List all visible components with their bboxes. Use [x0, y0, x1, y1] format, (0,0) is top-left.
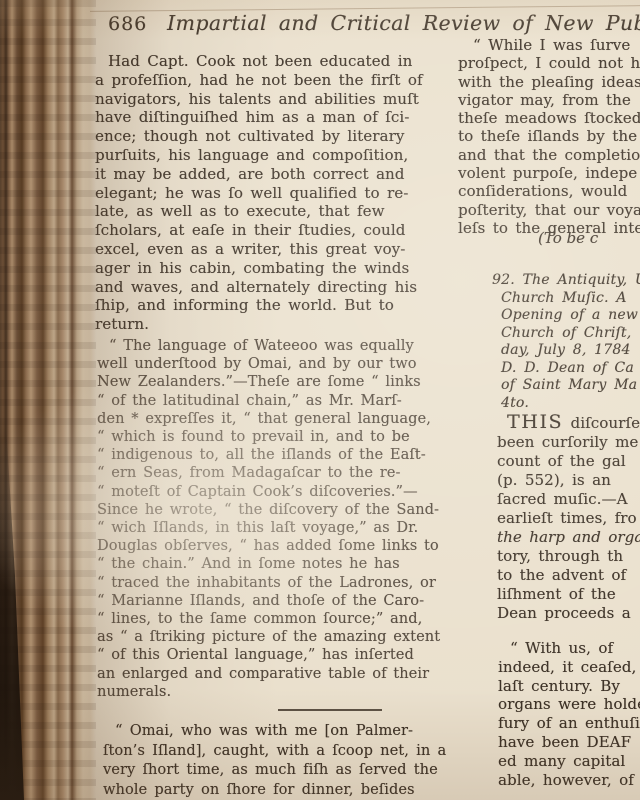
text-line: navigators, his talents and abilities mu…: [95, 90, 423, 109]
text-line: D. D. Dean of Ca: [492, 360, 640, 378]
text-line: of Saint Mary Ma: [492, 377, 640, 395]
text-line: proſpect, I could not h: [458, 54, 640, 72]
text-line: “ Marianne Iſlands, and thoſe of the Car…: [97, 592, 440, 610]
text-line: ſacred muſic.—A: [497, 490, 640, 509]
text-line: indeed, it ceaſed,: [498, 658, 640, 677]
text-line: “ which is found to prevail in, and to b…: [97, 428, 440, 446]
discourse-lines: been curſorily mecount of the gal(p. 552…: [497, 433, 640, 623]
text-line: earlieſt times, fro: [497, 509, 640, 528]
text-line: have been DEAF: [498, 733, 640, 752]
text-line: ence; though not cultivated by literary: [95, 127, 423, 146]
text-line: tory, through th: [497, 547, 640, 566]
discourse-paragraph: THIS diſcourſe been curſorily mecount of…: [497, 413, 640, 623]
right-column-paragraph-survey-quote: “ While I was ſurveproſpect, I could not…: [458, 36, 640, 237]
text-line: it may be added, are both correct and: [95, 165, 423, 184]
text-line: “ The language of Wateeoo was equally: [97, 337, 440, 355]
text-line: THIS diſcourſe: [497, 413, 640, 433]
text-line: Since he wrote, “ the diſcovery of the S…: [97, 501, 440, 519]
text-line: 92. The Antiquity, U: [492, 272, 640, 290]
text-line: and waves, and alternately directing his: [95, 278, 423, 297]
text-line: “ Omai, who was with me [on Palmer-: [103, 722, 446, 742]
text-line: have diſtinguiſhed him as a man of ſci-: [95, 108, 423, 127]
text-line: count of the gal: [497, 452, 640, 471]
text-line: a profeſſion, had he not been the firſt …: [95, 71, 423, 90]
text-line: fury of an enthuſi: [498, 714, 640, 733]
text-line: den * expreſſes it, “ that general langu…: [97, 410, 440, 428]
text-line: with the pleaſing ideas: [458, 73, 640, 91]
text-line: theſe meadows ſtocked: [458, 109, 640, 127]
text-line: “ traced the inhabitants of the Ladrones…: [97, 574, 440, 592]
lead-word-rest: diſcourſe: [563, 414, 640, 432]
right-column-paragraph-with-us-quote: “ With us, ofindeed, it ceaſed,laſt cent…: [498, 639, 640, 789]
text-line: Dean proceeds a: [497, 604, 640, 623]
text-line: very ſhort time, as much fiſh as ſerved …: [103, 761, 446, 781]
text-line: “ of the latitudinal chain,” as Mr. Marſ…: [97, 392, 440, 410]
page-number: 686: [108, 13, 147, 35]
text-line: (p. 552), is an: [497, 471, 640, 490]
book-page-photo: 686 Impartial and Critical Review of New…: [0, 0, 640, 800]
text-line: been curſorily me: [497, 433, 640, 452]
text-line: vigator may, from the: [458, 91, 640, 109]
text-line: ſcholars, at eaſe in their ſtudies, coul…: [95, 221, 423, 240]
text-line: ed many capital: [498, 752, 640, 771]
text-line: Had Capt. Cook not been educated in: [95, 52, 423, 71]
section-divider: [278, 709, 382, 711]
text-line: “ the chain.” And in ſome notes he has: [97, 555, 440, 573]
text-line: New Zealanders.”—Theſe are ſome “ links: [97, 373, 440, 391]
text-line: able, however, of: [498, 771, 640, 790]
text-line: an enlarged and comparative table of the…: [97, 665, 440, 683]
text-line: laſt century. By: [498, 677, 640, 696]
text-line: “ wich Iſlands, in this laſt voyage,” as…: [97, 519, 440, 537]
text-line: day, July 8, 1784: [492, 342, 640, 360]
text-line: “ While I was ſurve: [458, 36, 640, 54]
lead-word: THIS: [507, 411, 563, 433]
text-line: and that the completio: [458, 146, 640, 164]
left-column-paragraph-cook: Had Capt. Cook not been educated ina pro…: [95, 52, 423, 334]
review-item-92-heading: 92. The Antiquity, UChurch Muſic. AOpeni…: [492, 272, 640, 412]
text-line: volent purpoſe, indepe: [458, 164, 640, 182]
text-line: purſuits, his language and compoſition,: [95, 146, 423, 165]
text-line: to the advent of: [497, 566, 640, 585]
to-be-continued-note: (To be c: [538, 229, 598, 247]
text-line: Opening of a new: [492, 307, 640, 325]
text-line: as “ a ſtriking picture of the amazing e…: [97, 628, 440, 646]
text-line: organs were holde: [498, 695, 640, 714]
text-line: Douglas obſerves, “ has added ſome links…: [97, 537, 440, 555]
text-line: “ With us, of: [498, 639, 640, 658]
text-line: elegant; he was ſo well qualified to re-: [95, 184, 423, 203]
text-line: ſton’s Iſland], caught, with a ſcoop net…: [103, 742, 446, 762]
text-line: “ ern Seas, from Madagaſcar to the re-: [97, 464, 440, 482]
text-line: Church of Chriſt,: [492, 325, 640, 343]
text-line: whole party on ſhore for dinner, beſides: [103, 781, 446, 800]
text-line: numerals.: [97, 683, 440, 701]
running-title: Impartial and Critical Review of New Pub…: [167, 11, 640, 35]
text-line: “ indigenous to, all the iſlands of the …: [97, 446, 440, 464]
left-column-paragraph-wateeoo-quote: “ The language of Wateeoo was equallywel…: [97, 337, 440, 701]
text-line: “ of this Oriental language,” has inſert…: [97, 646, 440, 664]
text-line: the harp and orga: [497, 528, 640, 547]
text-line: ſhip, and informing the world. But to: [95, 296, 423, 315]
text-line: Church Muſic. A: [492, 290, 640, 308]
text-line: well underſtood by Omai, and by our two: [97, 355, 440, 373]
text-line: return.: [95, 315, 423, 334]
text-line: to theſe iſlands by the: [458, 127, 640, 145]
text-line: liſhment of the: [497, 585, 640, 604]
text-line: late, as well as to execute, that few: [95, 202, 423, 221]
text-line: excel, even as a writer, this great voy-: [95, 240, 423, 259]
text-line: ager in his cabin, combating the winds: [95, 259, 423, 278]
text-line: “ moteſt of Captain Cook’s diſcoveries.”…: [97, 483, 440, 501]
text-line: conſiderations, would: [458, 182, 640, 200]
text-line: “ lines, to the ſame common ſource;” and…: [97, 610, 440, 628]
text-line: poſterity, that our voya: [458, 201, 640, 219]
text-line: 4to.: [492, 395, 640, 413]
left-column-paragraph-omai-quote: “ Omai, who was with me [on Palmer-ſton’…: [103, 722, 446, 800]
